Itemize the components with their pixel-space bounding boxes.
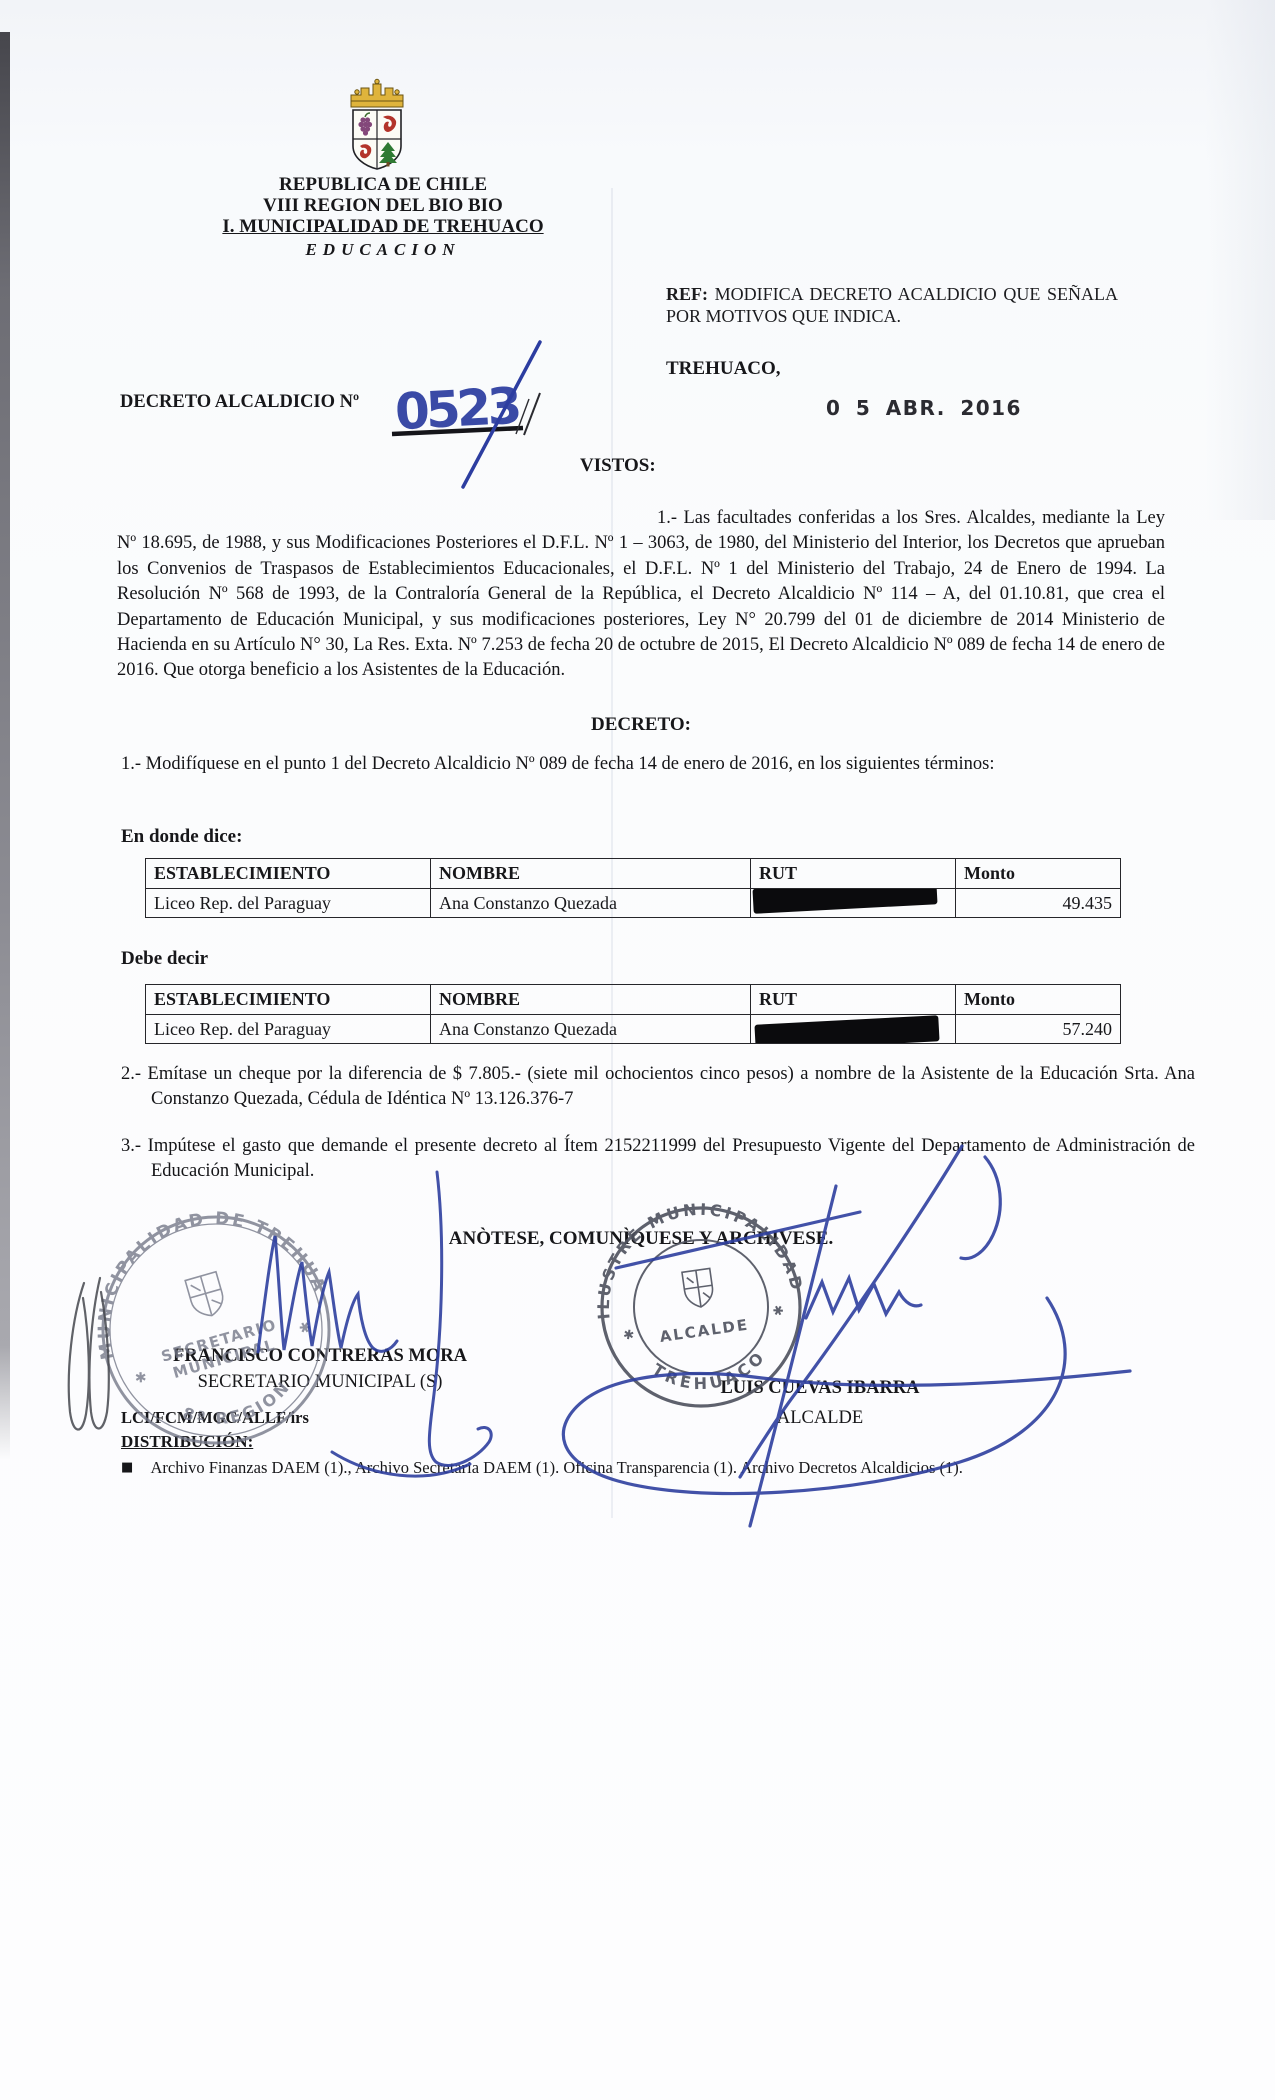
slash-mark [516, 399, 529, 434]
svg-text:✱: ✱ [129, 1368, 151, 1388]
ref-text: MODIFICA DECRETO ACALDICIO QUE SEÑALA PO… [666, 284, 1118, 326]
table-debe-decir: ESTABLECIMIENTO NOMBRE RUT Monto Liceo R… [145, 984, 1121, 1044]
municipal-coat-of-arms-icon [340, 76, 414, 174]
must-say-label: Debe decir [121, 948, 208, 970]
asterisk-icon: ✱ [295, 1317, 317, 1337]
vistos-paragraph: 1.- Las facultades conferidas a los Sres… [117, 506, 1165, 684]
decree-number-label: DECRETO ALCALDICIO Nº [120, 392, 359, 413]
table-header-row: ESTABLECIMIENTO NOMBRE RUT Monto [146, 859, 1121, 889]
cell-nombre: Ana Constanzo Quezada [431, 1015, 751, 1044]
svg-text:✱: ✱ [295, 1317, 317, 1337]
letterhead: REPUBLICA DE CHILE VIII REGION DEL BIO B… [168, 174, 598, 260]
column-header: ESTABLECIMIENTO [146, 985, 431, 1015]
column-header: NOMBRE [431, 859, 751, 889]
vistos-heading: VISTOS: [580, 455, 656, 477]
cell-monto: 49.435 [956, 889, 1121, 918]
scan-edge-strip [0, 32, 10, 1460]
cell-establecimiento: Liceo Rep. del Paraguay [146, 1015, 431, 1044]
ref-label: REF: [666, 284, 708, 304]
decree-number-underline [392, 428, 523, 434]
stamp-crest-icon [682, 1268, 715, 1309]
letterhead-country: REPUBLICA DE CHILE [168, 174, 598, 195]
where-says-label: En donde dice: [121, 826, 242, 848]
stamp-ring-bottom-text: 8ª REGION [176, 1374, 300, 1441]
decreto-heading: DECRETO: [117, 714, 1165, 736]
column-header: Monto [956, 985, 1121, 1015]
slash-mark [524, 393, 540, 435]
table-header-row: ESTABLECIMIENTO NOMBRE RUT Monto [146, 985, 1121, 1015]
cell-establecimiento: Liceo Rep. del Paraguay [146, 889, 431, 918]
cell-rut: 13.126.376-7 [751, 889, 956, 918]
stamp-shield-icon [185, 1272, 227, 1320]
asterisk-icon: ✱ [618, 1327, 637, 1343]
letterhead-municipality: I. MUNICIPALIDAD DE TREHUACO [168, 216, 598, 237]
asterisk-icon: ✱ [770, 1303, 788, 1319]
column-header: RUT [751, 985, 956, 1015]
handwritten-decree-number: 0523 [394, 377, 520, 441]
scan-shadow-band [1205, 0, 1275, 520]
column-header: Monto [956, 859, 1121, 889]
letterhead-region: VIII REGION DEL BIO BIO [168, 195, 598, 216]
stamp-ring-top-text: ILUSTRE MUNICIPALIDAD [582, 1188, 807, 1321]
column-header: ESTABLECIMIENTO [146, 859, 431, 889]
distribution-text: Archivo Finanzas DAEM (1)., Archivo Secr… [151, 1458, 963, 1477]
cell-nombre: Ana Constanzo Quezada [431, 889, 751, 918]
mayor-round-stamp: ILUSTRE MUNICIPALIDAD TREHUACO ✱ ✱ ALCAL… [582, 1188, 819, 1425]
decree-item-3: 3.- Impútese el gasto que demande el pre… [121, 1134, 1195, 1185]
svg-text:ILUSTRE MUNICIPALIDAD: ILUSTRE MUNICIPALIDAD [582, 1188, 807, 1321]
place-line: TREHUACO, [666, 358, 781, 380]
redaction-bar [754, 1015, 939, 1043]
table-row: Liceo Rep. del Paraguay Ana Constanzo Qu… [146, 1015, 1121, 1044]
ref-block: REF: MODIFICA DECRETO ACALDICIO QUE SEÑA… [666, 284, 1118, 327]
distribution-line: ■ Archivo Finanzas DAEM (1)., Archivo Se… [121, 1458, 1131, 1478]
svg-text:✱: ✱ [618, 1327, 637, 1343]
svg-text:8ª REGION: 8ª REGION [176, 1374, 300, 1441]
table-donde-dice: ESTABLECIMIENTO NOMBRE RUT Monto Liceo R… [145, 858, 1121, 918]
column-header: NOMBRE [431, 985, 751, 1015]
column-header: RUT [751, 859, 956, 889]
cell-monto: 57.240 [956, 1015, 1121, 1044]
pen-stroke-decree-slash [463, 342, 540, 487]
table-row: Liceo Rep. del Paraguay Ana Constanzo Qu… [146, 889, 1121, 918]
svg-text:✱: ✱ [770, 1303, 788, 1319]
decree-item-1: 1.- Modifíquese en el punto 1 del Decret… [121, 752, 1195, 777]
letterhead-department: EDUCACION [168, 239, 598, 260]
date-stamp: 0 5 ABR. 2016 [826, 396, 1022, 420]
secretary-round-stamp: I. MUNICIPALIDAD DE TREHUACO 8ª REGION ✱… [68, 1182, 365, 1479]
asterisk-icon: ✱ [129, 1368, 151, 1388]
stamp-center-text: ALCALDE [659, 1316, 751, 1346]
cell-rut: 13.126.376-7 [751, 1015, 956, 1044]
scanned-decree-page: REPUBLICA DE CHILE VIII REGION DEL BIO B… [0, 0, 1275, 2100]
decree-item-2: 2.- Emítase un cheque por la diferencia … [121, 1062, 1195, 1113]
